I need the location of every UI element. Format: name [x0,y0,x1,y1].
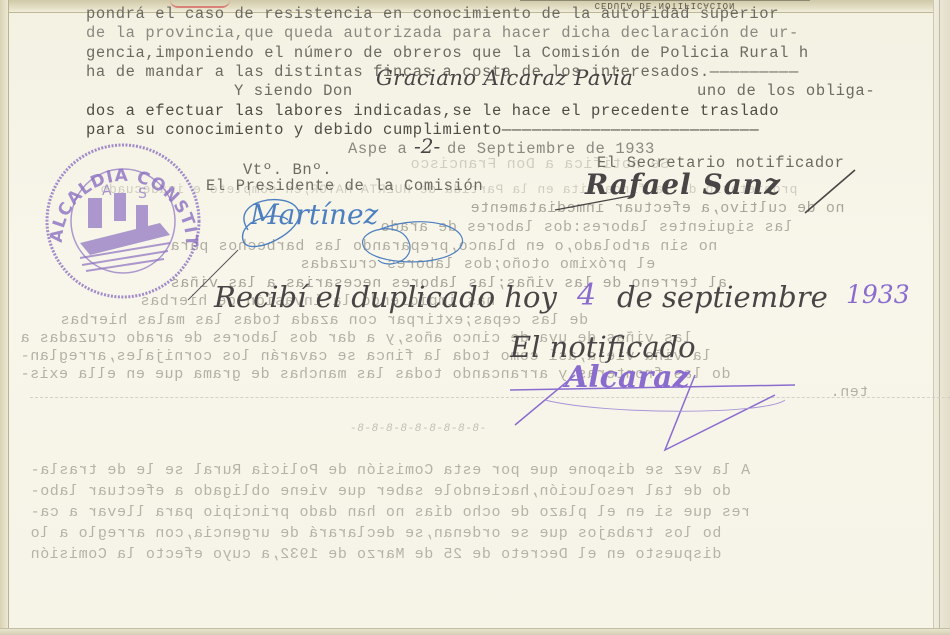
separator: -8-8-8-8-8-8-8-8-8- [350,420,487,438]
right-page-edge [933,0,950,635]
body-line-2: de la provincia,que queda autorizada par… [86,24,799,42]
secretary-flourish-icon [555,165,875,235]
place-date-prefix: Aspe a [348,140,407,158]
body-line-5: Y siendo Don [234,82,353,100]
body-line-1: pondrá el caso de resistencia en conocim… [86,5,779,23]
right-page-edge-line [939,0,940,635]
receipt-line1-prefix: Recibí el duplicado hoy [214,280,557,314]
municipal-stamp: ALCALDIA CONSTITUCIONAL A S [40,143,206,298]
receipt-day: 4 [577,278,596,313]
bottom-page-edge [0,628,950,635]
body-line-6: dos a efectuar las labores indicadas,se … [86,102,779,120]
svg-text:S: S [138,186,147,202]
notified-flourish-icon [505,355,805,455]
body-line-3: gencia,imponiendo el número de obreros q… [86,44,809,62]
receipt-year: 1933 [846,280,910,309]
place-date-day: -2- [414,134,440,158]
svg-text:A: A [102,183,112,199]
body-line-5b: uno de los obliga- [697,82,875,100]
president-signature-text: Martínez [250,198,378,231]
stamp-icon: ALCALDIA CONSTITUCIONAL A S [40,143,206,298]
document-page: CEDULA DE NOTIFICACION Se notifica a Don… [0,0,950,635]
dotted-rule [30,397,950,398]
left-binding-edge [0,0,9,635]
handwritten-name: Graciano Alcaraz Pavia [376,66,633,90]
receipt-line1-middle: de septiembre [617,280,828,314]
